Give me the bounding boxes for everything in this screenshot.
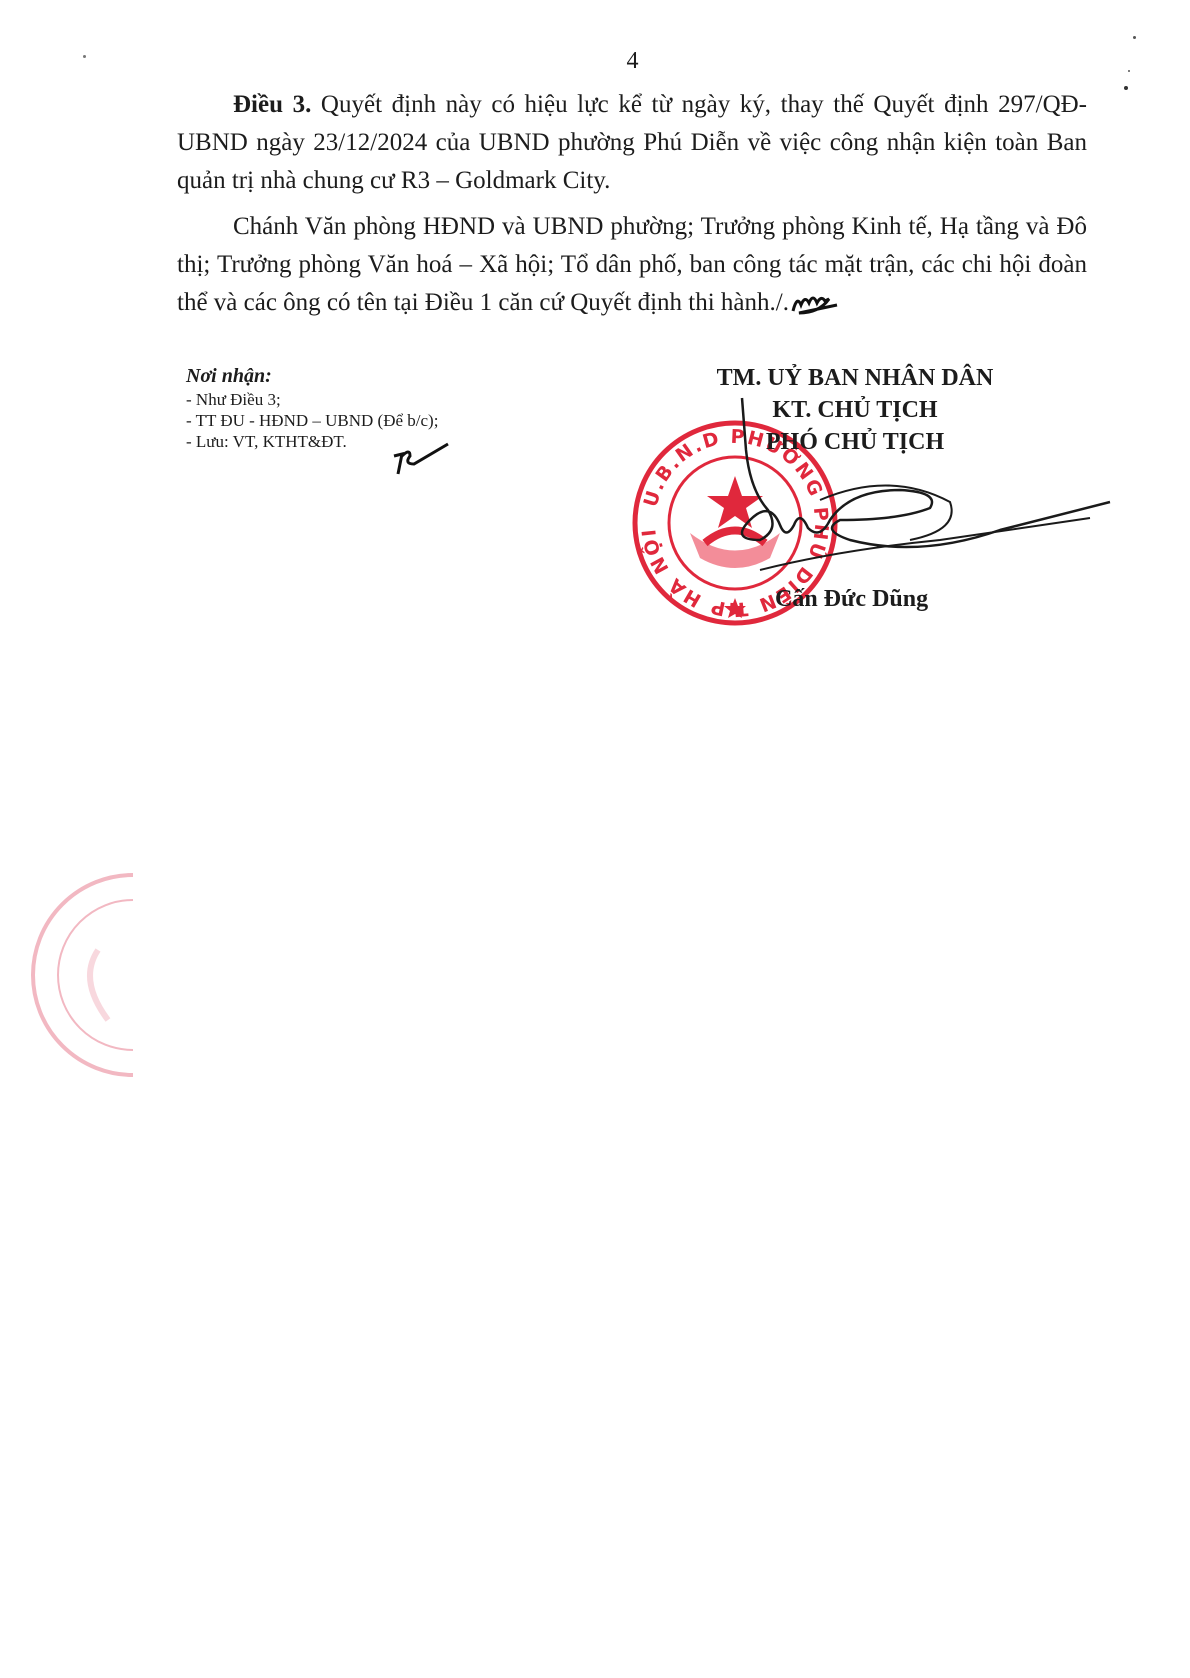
execution-paragraph: Chánh Văn phòng HĐND và UBND phường; Trư…: [177, 208, 1087, 322]
article-3-text: Quyết định này có hiệu lực kể từ ngày ký…: [177, 91, 1087, 194]
initials-mark-icon: [392, 444, 452, 484]
page-number: 4: [0, 48, 1190, 75]
scan-speck: [1128, 70, 1130, 72]
scan-speck: [1124, 86, 1128, 90]
article-3-paragraph: Điều 3. Quyết định này có hiệu lực kể từ…: [177, 86, 1087, 200]
article-3-heading: Điều 3.: [233, 91, 311, 118]
initials-mark-icon: [789, 291, 849, 317]
scan-speck: [83, 55, 86, 58]
faint-seal-impression-icon: [28, 870, 138, 1080]
recipient-item: - Như Điều 3;: [186, 389, 438, 410]
recipient-item: - TT ĐU - HĐND – UBND (Để b/c);: [186, 410, 438, 431]
recipients-title: Nơi nhận:: [186, 364, 438, 389]
signer-name: Cấn Đức Dũng: [775, 586, 928, 613]
recipients-block: Nơi nhận: - Như Điều 3; - TT ĐU - HĐND –…: [186, 364, 438, 452]
scan-speck: [1133, 36, 1136, 39]
execution-text: Chánh Văn phòng HĐND và UBND phường; Trư…: [177, 213, 1087, 316]
